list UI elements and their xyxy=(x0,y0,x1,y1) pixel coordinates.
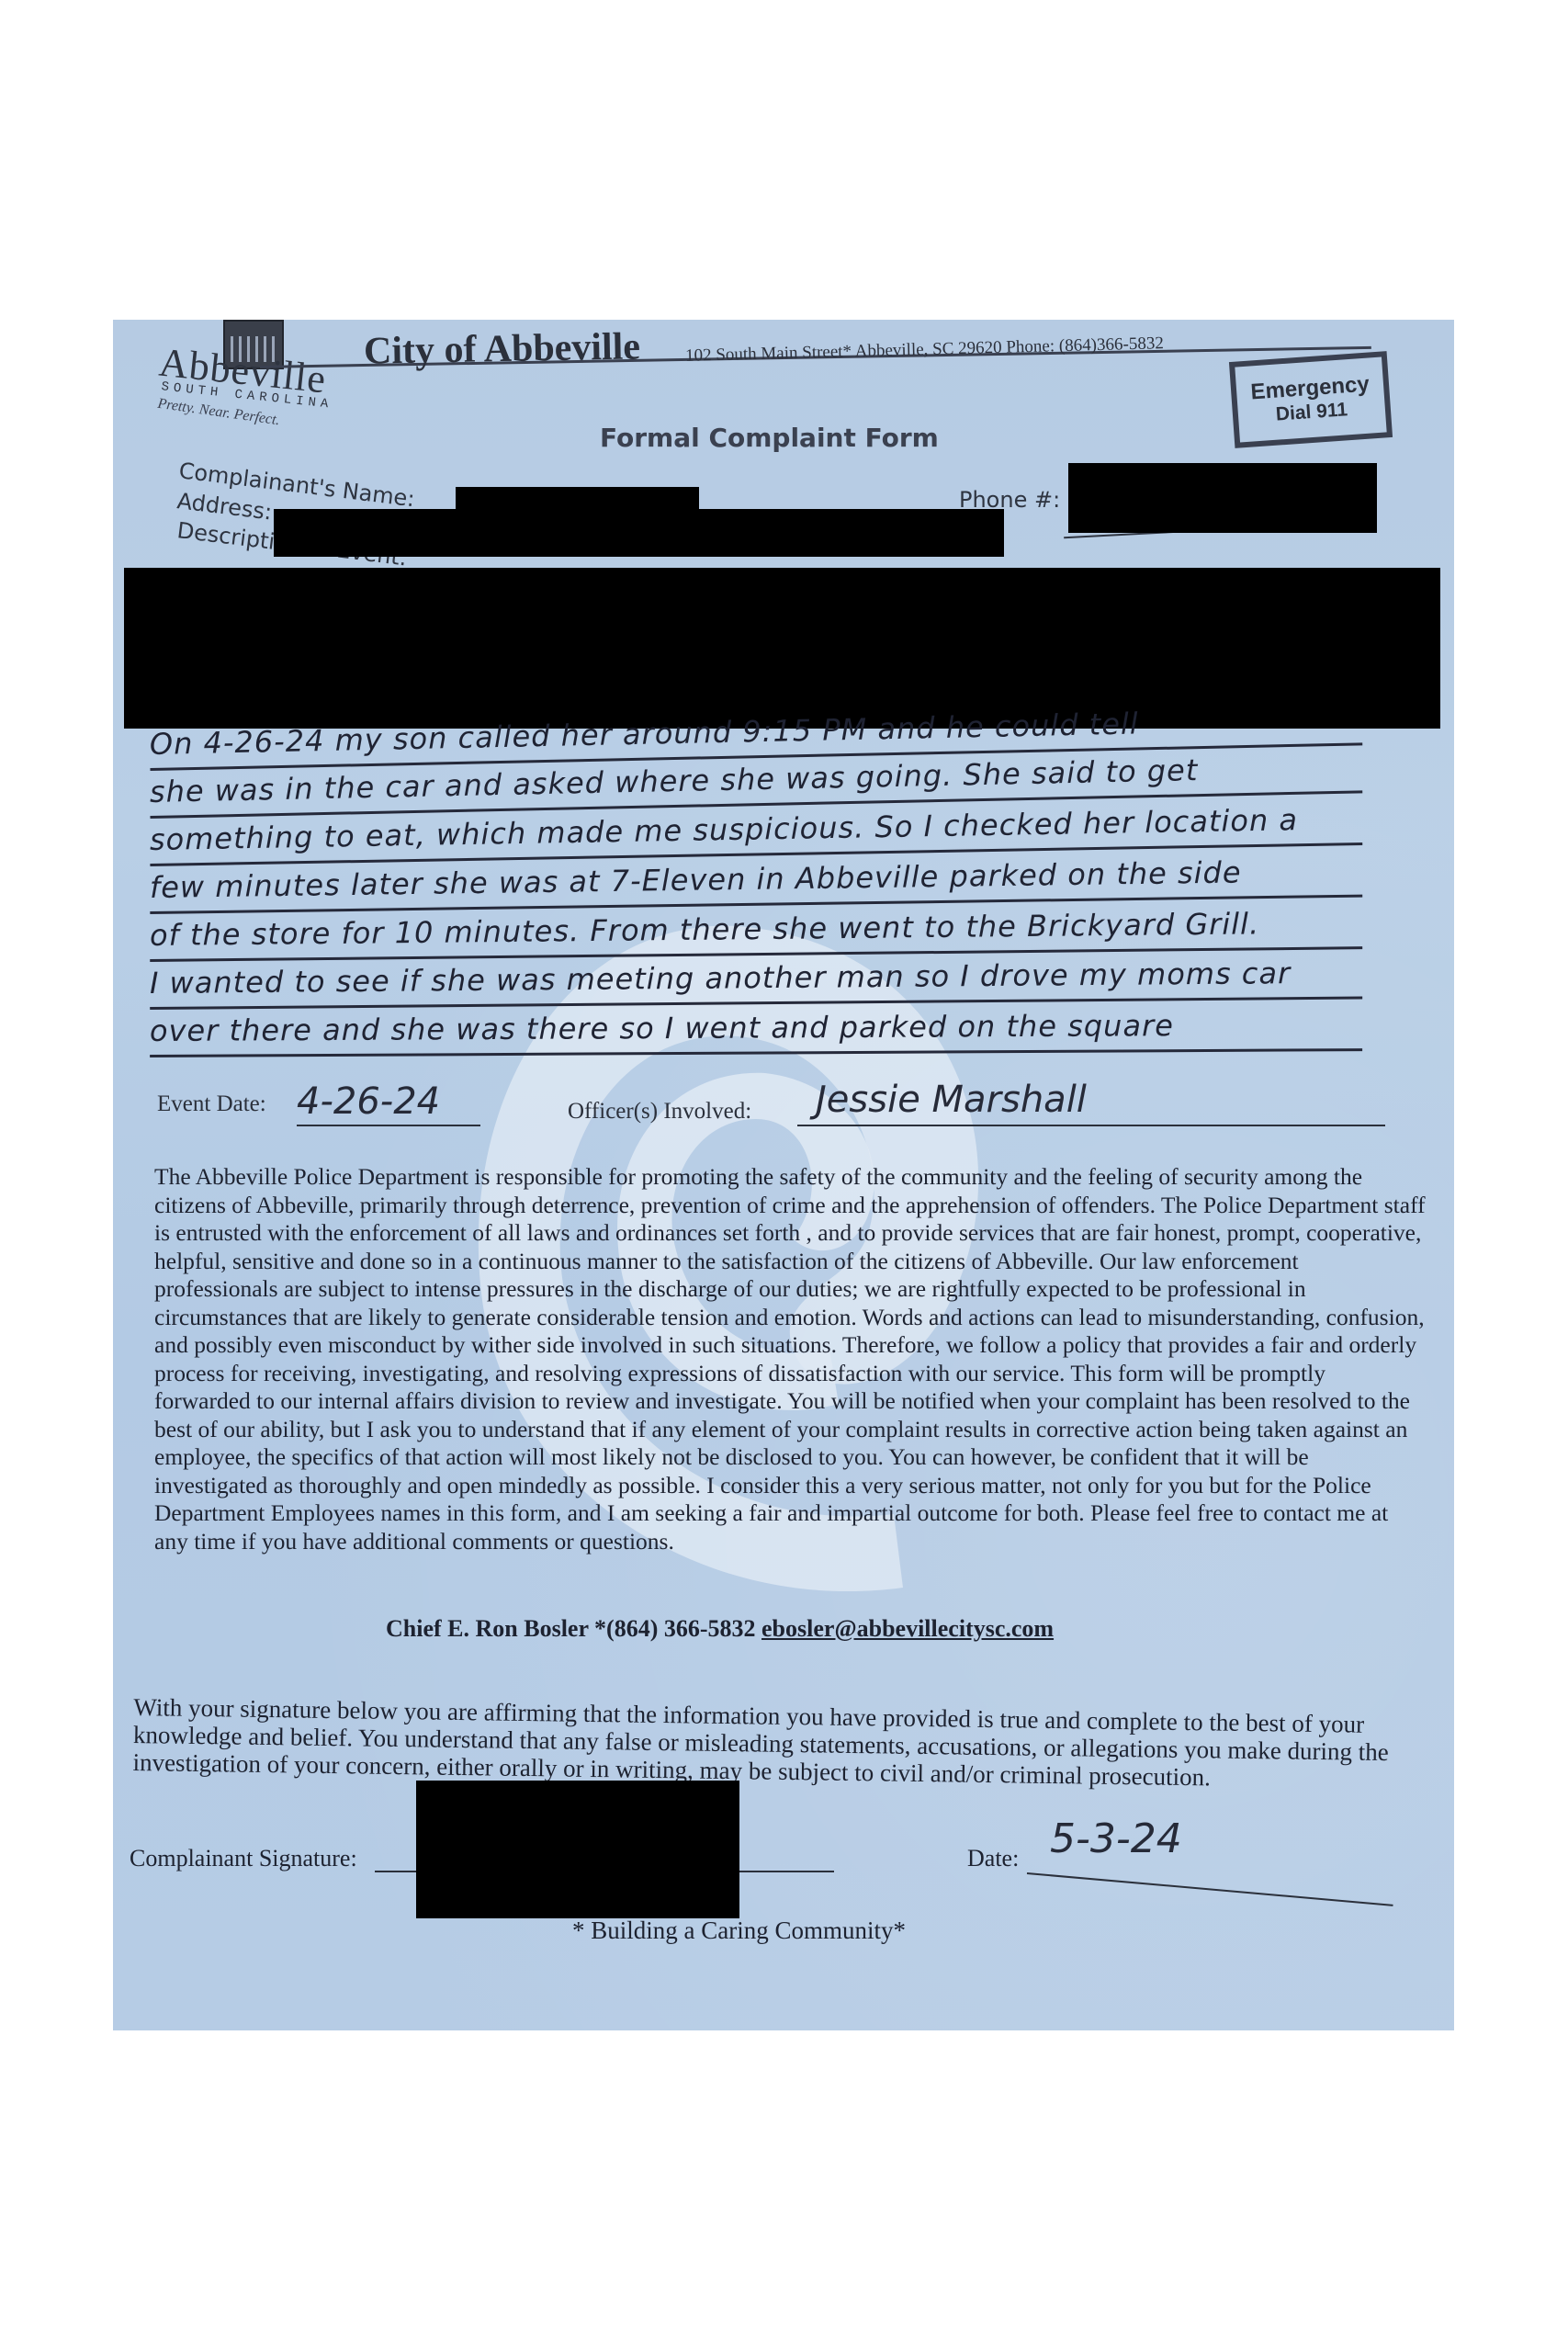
phone-field-redacted[interactable] xyxy=(1068,463,1377,533)
signature-field-redacted[interactable] xyxy=(416,1781,739,1918)
signature-label: Complainant Signature: xyxy=(130,1845,357,1872)
description-line[interactable]: I wanted to see if she was meeting anoth… xyxy=(150,952,1362,1010)
signature-date-field[interactable]: 5-3-24 xyxy=(1050,1815,1182,1862)
chief-name-phone: Chief E. Ron Bosler *(864) 366-5832 xyxy=(386,1615,761,1642)
form-title: Formal Complaint Form xyxy=(600,423,939,453)
city-title: City of Abbeville xyxy=(364,324,641,373)
chief-email-link[interactable]: ebosler@abbevillecitysc.com xyxy=(761,1615,1054,1642)
emergency-line2: Dial 911 xyxy=(1275,399,1348,425)
event-date-label: Event Date: xyxy=(157,1091,266,1117)
policy-paragraph: The Abbeville Police Department is respo… xyxy=(154,1163,1427,1555)
footer-slogan: * Building a Caring Community* xyxy=(572,1917,906,1945)
event-date-field[interactable]: 4-26-24 xyxy=(297,1080,480,1126)
city-address: 102 South Main Street* Abbeville, SC 296… xyxy=(685,334,1164,367)
chief-contact: Chief E. Ron Bosler *(864) 366-5832 ebos… xyxy=(386,1615,1054,1643)
description-line[interactable]: over there and she was there so I went a… xyxy=(150,1004,1362,1057)
signature-date-label: Date: xyxy=(967,1845,1019,1872)
affirmation-paragraph: With your signature below you are affirm… xyxy=(132,1693,1438,1794)
address-field-redacted[interactable] xyxy=(274,509,1004,557)
emergency-notice: Emergency Dial 911 xyxy=(1229,351,1393,448)
signature-date-underline xyxy=(1027,1872,1393,1906)
officer-field[interactable]: Jessie Marshall xyxy=(797,1079,1385,1126)
officer-label: Officer(s) Involved: xyxy=(568,1099,751,1125)
complaint-form-page: Abbeville SOUTH CAROLINA Pretty. Near. P… xyxy=(113,320,1454,2030)
emergency-line1: Emergency xyxy=(1250,372,1371,406)
